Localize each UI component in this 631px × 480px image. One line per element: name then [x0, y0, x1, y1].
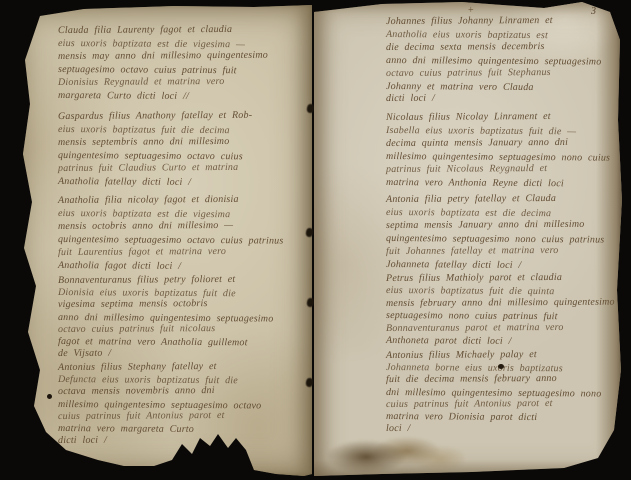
manuscript-text-line: margareta Curto dicti loci //: [58, 89, 268, 103]
right-page: + 3 Johannes filius Johanny Linramen etA…: [312, 0, 628, 480]
manuscript-text-line: Gaspardus filius Anathony fatellay et Ro…: [58, 109, 252, 123]
manuscript-text-line: Bonnaventuranus filius petry folioret et: [58, 274, 274, 288]
ink-spot: [47, 394, 52, 399]
baptism-entry: Bonnaventuranus filius petry folioret et…: [58, 275, 273, 360]
binding-stitch: [306, 103, 314, 113]
manuscript-text-line: mensis octobris anno dni millesimo —: [58, 219, 284, 233]
manuscript-text-line: octava mensis novembris anno dni: [58, 385, 261, 398]
binding-stitch: [306, 297, 314, 307]
manuscript-text-line: Dionisius Reygnauld et matrina vero: [58, 75, 268, 89]
baptism-entry: Antonius filius Stephany fatellay etDefu…: [58, 362, 261, 447]
manuscript-text-line: dicti loci /: [58, 434, 261, 447]
manuscript-text-line: vigesima septima mensis octobris: [58, 298, 274, 312]
manuscript-text-line: mensis septembris anno dni millesimo: [58, 135, 252, 149]
manuscript-text-line: Anatholia fatellay dicti loci /: [58, 175, 252, 189]
page-edge-staining: [312, 0, 628, 480]
binding-stitch: [305, 227, 313, 237]
manuscript-text-line: octavo cuius patrinus fuit nicolaus: [58, 322, 274, 336]
baptism-entry: Anatholia filia nicolay fagot et dionisi…: [58, 194, 283, 272]
manuscript-text-line: fuit Laurentius fagot et matrina vero: [58, 245, 284, 259]
manuscript-text-line: Antonius filius Stephany fatellay et: [58, 361, 261, 374]
manuscript-text-line: Clauda filia Laurenty fagot et claudia: [58, 23, 268, 37]
manuscript-text-line: Anatholia filia nicolay fagot et dionisi…: [58, 193, 284, 207]
manuscript-text-line: mensis may anno dni millesimo quingentes…: [58, 49, 268, 63]
manuscript-scan: Clauda filia Laurenty fagot et claudiaei…: [0, 0, 631, 480]
baptism-entry: Clauda filia Laurenty fagot et claudiaei…: [58, 24, 268, 102]
left-page: Clauda filia Laurenty fagot et claudiaei…: [14, 4, 312, 476]
manuscript-text-line: Anatholia fagot dicti loci /: [58, 259, 284, 274]
binding-stitch: [305, 377, 313, 387]
manuscript-text-line: patrinus fuit Claudius Curto et matrina: [58, 161, 252, 175]
manuscript-text-line: de Vijsato /: [58, 347, 274, 361]
manuscript-text-line: cuius patrinus fuit Antonius parot et: [58, 410, 261, 423]
baptism-entry: Gaspardus filius Anathony fatellay et Ro…: [58, 110, 252, 188]
